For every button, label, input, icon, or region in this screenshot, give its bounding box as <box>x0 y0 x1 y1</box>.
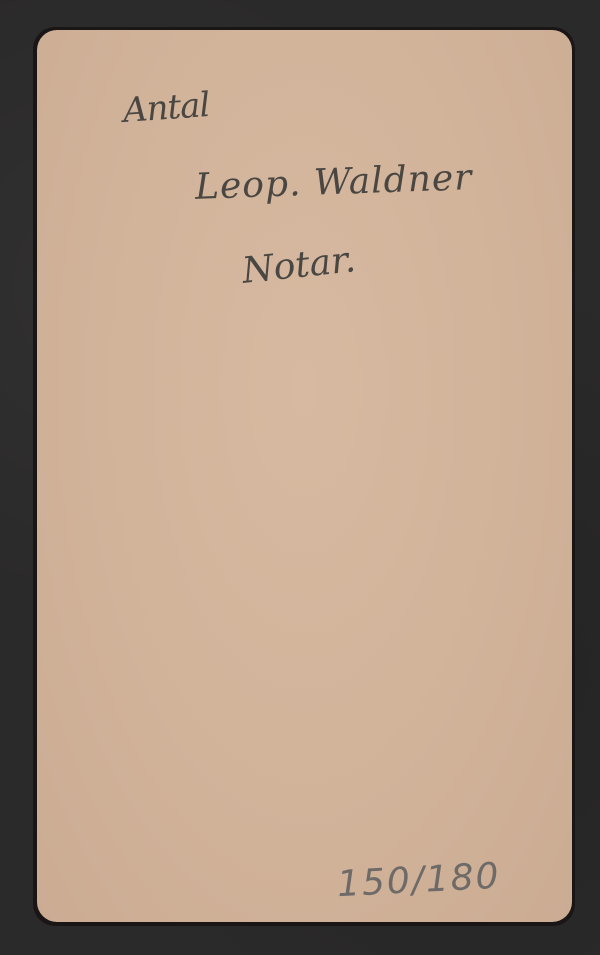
photo-card-back: Antal Leop. Waldner Notar. 150/180 <box>37 30 572 922</box>
archive-number: 150/180 <box>336 856 501 906</box>
inscription-line-1: Antal <box>122 85 211 131</box>
inscription-line-2: Leop. Waldner <box>194 157 473 208</box>
inscription-line-3: Notar. <box>240 239 357 292</box>
